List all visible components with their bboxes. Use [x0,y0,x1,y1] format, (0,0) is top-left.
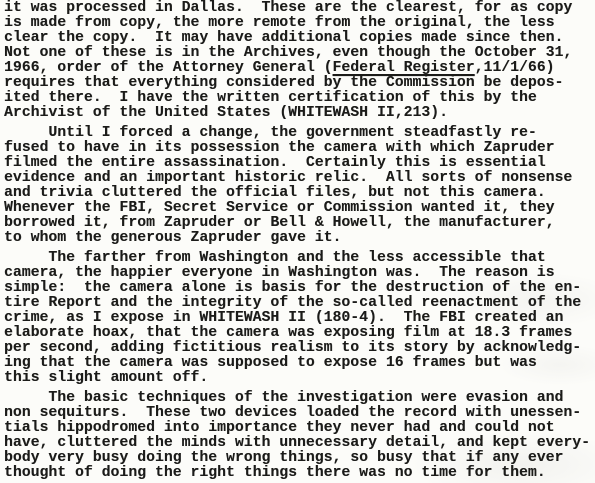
text-segment: fused to have in its possession the came… [4,140,555,156]
text-line: borrowed it, from Zapruder or Bell & How… [4,216,590,231]
text-line: crime, as I expose in WHITEWASH II (180-… [4,311,590,326]
text-segment: clear the copy. It may have additional c… [4,30,563,46]
text-line: tials hippodromed into importance they n… [4,421,590,436]
text-line: is made from copy, the more remote from … [4,16,590,31]
text-segment: per second, adding fictitious realism to… [4,340,581,356]
text-segment: The basic techniques of the investigatio… [4,390,563,406]
text-line: simple: the camera alone is basis for th… [4,281,590,296]
text-segment: requires that everything considered by t… [4,75,563,91]
text-line: ing that the camera was supposed to expo… [4,356,590,371]
text-segment: filmed the entire assassination. Certain… [4,155,546,171]
text-segment: Until I forced a change, the government … [4,125,537,141]
text-segment: and trivia cluttered the official files,… [4,185,546,201]
text-segment: Archivist of the United States (WHITEWAS… [4,105,448,121]
page-text: it was processed in Dallas. These are th… [4,1,590,483]
paragraph: The farther from Washington and the less… [4,251,590,386]
text-line: requires that everything considered by t… [4,76,590,91]
paragraph: The basic techniques of the investigatio… [4,391,590,481]
text-segment: tire Report and the integrity of the so-… [4,295,581,311]
text-segment: non sequiturs. These two devices loaded … [4,405,581,421]
text-segment: The farther from Washington and the less… [4,250,546,266]
text-segment: simple: the camera alone is basis for th… [4,280,581,296]
text-line: Until I forced a change, the government … [4,126,590,141]
text-line: have, cluttered the minds with unnecessa… [4,436,590,451]
text-segment: elaborate hoax, that the camera was expo… [4,325,572,341]
text-line: Archivist of the United States (WHITEWAS… [4,106,590,121]
text-line: Whenever the FBI, Secret Service or Comm… [4,201,590,216]
text-line: 1966, order of the Attorney General (Fed… [4,61,590,76]
text-line: filmed the entire assassination. Certain… [4,156,590,171]
text-line: The basic techniques of the investigatio… [4,391,590,406]
text-segment: this slight amount off. [4,370,208,386]
text-line: this slight amount off. [4,371,590,386]
text-segment: it was processed in Dallas. These are th… [4,0,572,16]
text-line: elaborate hoax, that the camera was expo… [4,326,590,341]
text-segment: crime, as I expose in WHITEWASH II (180-… [4,310,563,326]
text-segment: ited there. I have the written certifica… [4,90,537,106]
text-line: evidence and an important historic relic… [4,171,590,186]
text-line: per second, adding fictitious realism to… [4,341,590,356]
text-line: fused to have in its possession the came… [4,141,590,156]
text-segment: 1966, order of the Attorney General ( [4,60,333,76]
text-segment: Not one of these is in the Archives, eve… [4,45,572,61]
text-segment: is made from copy, the more remote from … [4,15,555,31]
scanned-page: it was processed in Dallas. These are th… [0,0,595,483]
text-line: to whom the generous Zapruder gave it. [4,231,590,246]
text-line: clear the copy. It may have additional c… [4,31,590,46]
text-line: ited there. I have the written certifica… [4,91,590,106]
text-segment: ing that the camera was supposed to expo… [4,355,537,371]
text-segment: borrowed it, from Zapruder or Bell & How… [4,215,555,231]
paragraph: it was processed in Dallas. These are th… [4,1,590,121]
text-segment: Whenever the FBI, Secret Service or Comm… [4,200,555,216]
text-line: The farther from Washington and the less… [4,251,590,266]
text-segment: camera, the happier everyone in Washingt… [4,265,555,281]
text-segment: have, cluttered the minds with unnecessa… [4,435,590,451]
text-line: tire Report and the integrity of the so-… [4,296,590,311]
text-segment: evidence and an important historic relic… [4,170,572,186]
paragraph: Until I forced a change, the government … [4,126,590,246]
text-line: non sequiturs. These two devices loaded … [4,406,590,421]
text-line: Not one of these is in the Archives, eve… [4,46,590,61]
text-segment: to whom the generous Zapruder gave it. [4,230,341,246]
text-segment: body very busy doing the wrong things, s… [4,450,563,466]
underlined-citation: Federal Register [333,60,475,76]
text-segment: tials hippodromed into importance they n… [4,420,555,436]
text-line: and trivia cluttered the official files,… [4,186,590,201]
text-line: camera, the happier everyone in Washingt… [4,266,590,281]
text-segment: thought of doing the right things there … [4,465,546,481]
text-segment: ,11/1/66) [475,60,555,76]
text-line: it was processed in Dallas. These are th… [4,1,590,16]
text-line: body very busy doing the wrong things, s… [4,451,590,466]
text-line: thought of doing the right things there … [4,466,590,481]
